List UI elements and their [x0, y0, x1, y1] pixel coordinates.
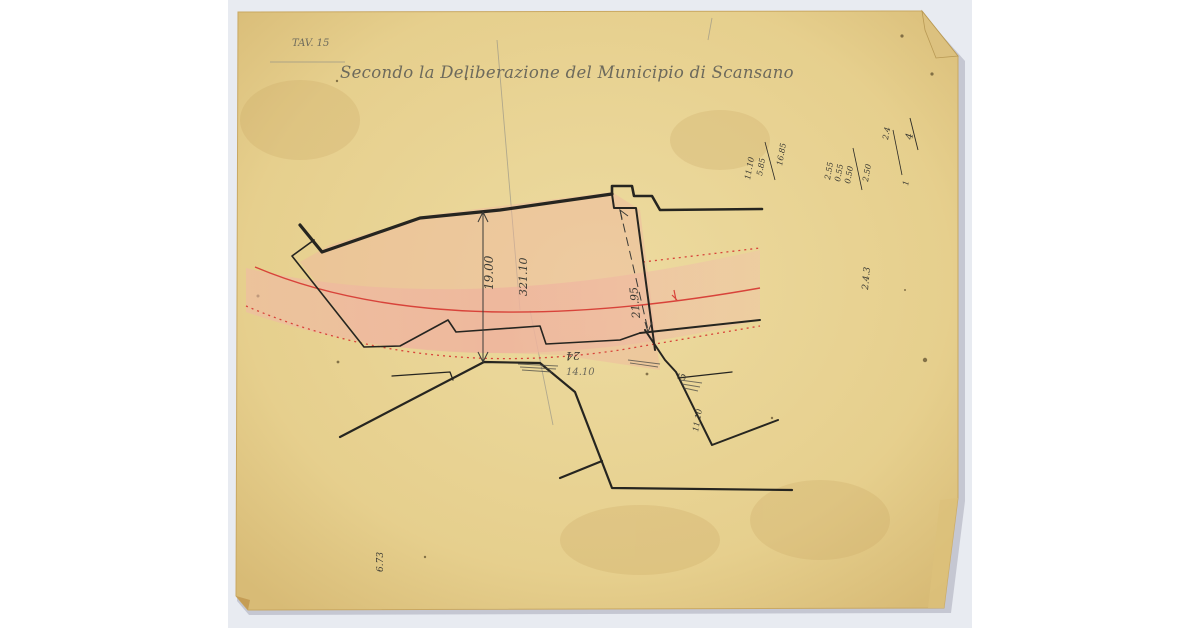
document-heading: Secondo la Deliberazione del Municipio d… — [340, 63, 794, 82]
label-width-left: 19.00 — [482, 255, 496, 290]
label-side-note: 2.4.3 — [861, 266, 873, 291]
label-bottom-dim: 14.10 — [566, 367, 595, 378]
label-bottom-mark: 24 — [566, 349, 581, 362]
map-sheet: TAV. 15 Secondo la Deliberazione del Mun… — [0, 0, 1200, 628]
label-corner-note: 6.73 — [376, 552, 386, 572]
label-width-center: 321.10 — [517, 258, 530, 297]
reference-mark: TAV. 15 — [292, 38, 329, 49]
